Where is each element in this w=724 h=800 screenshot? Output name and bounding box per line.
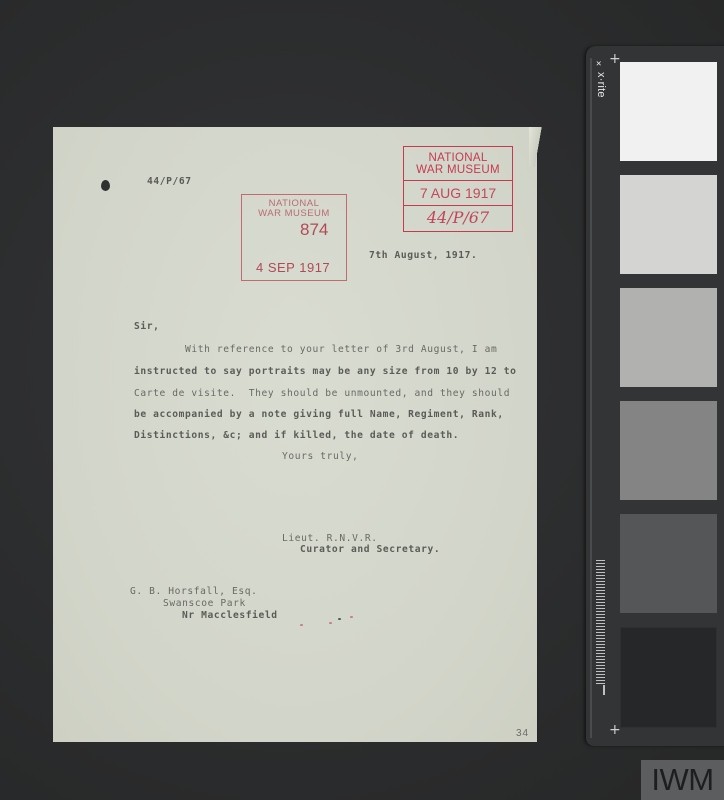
registration-stamp: NATIONAL WAR MUSEUM 874 4 SEP 1917 (241, 194, 347, 281)
registration-crosshair-icon: + (609, 52, 621, 66)
scale-ruler (596, 560, 605, 685)
stamp-line-2: WAR MUSEUM (242, 209, 346, 219)
color-checker-brand: x·rite (593, 72, 607, 122)
paper-folded-corner (529, 127, 543, 167)
recipient-name: G. B. Horsfall, Esq. (130, 586, 258, 597)
body-line: Carte de visite. They should be unmounte… (134, 388, 510, 399)
registration-crosshair-icon: + (609, 723, 621, 737)
received-date: 7 AUG 1917 (404, 181, 512, 206)
letter-date: 7th August, 1917. (369, 250, 477, 261)
gray-patch-mid-light (620, 288, 717, 387)
recipient-address-line-2: Nr Macclesfield (182, 610, 278, 621)
scale-ruler-end (603, 685, 605, 695)
registration-stamp-heading: NATIONAL WAR MUSEUM (242, 195, 346, 218)
body-line: be accompanied by a note giving full Nam… (134, 409, 504, 420)
closing: Yours truly, (282, 451, 359, 462)
punch-hole (101, 180, 110, 191)
received-stamp: NATIONAL WAR MUSEUM 7 AUG 1917 44/P/67 (403, 146, 513, 232)
signature-rank: Lieut. R.N.V.R. (282, 533, 378, 544)
body-line: With reference to your letter of 3rd Aug… (134, 344, 497, 355)
salutation: Sir, (134, 321, 160, 332)
gray-patch-black (620, 627, 717, 728)
xrite-logo-icon: ✕ (596, 60, 605, 69)
recipient-address-line-1: Swanscoe Park (163, 598, 246, 609)
gray-patch-light (620, 175, 717, 274)
red-ink-specks (300, 616, 360, 630)
stamp-line-2: WAR MUSEUM (404, 164, 512, 176)
signature-title: Curator and Secretary. (300, 544, 440, 555)
color-checker-edge (590, 58, 592, 738)
stamp-line-1: NATIONAL (404, 152, 512, 164)
registration-date: 4 SEP 1917 (256, 260, 330, 275)
archive-page-number: 34 (516, 728, 529, 739)
gray-patch-mid (620, 401, 717, 500)
body-line: instructed to say portraits may be any s… (134, 366, 517, 377)
letter-reference: 44/P/67 (147, 176, 192, 187)
handwritten-reference: 44/P/67 (404, 206, 512, 230)
received-stamp-heading: NATIONAL WAR MUSEUM (404, 147, 512, 181)
body-line: Distinctions, &c; and if killed, the dat… (134, 430, 459, 441)
registration-number: 874 (300, 220, 328, 240)
gray-patch-white (620, 62, 717, 161)
iwm-watermark: IWM (641, 760, 724, 800)
gray-patch-dark (620, 514, 717, 613)
